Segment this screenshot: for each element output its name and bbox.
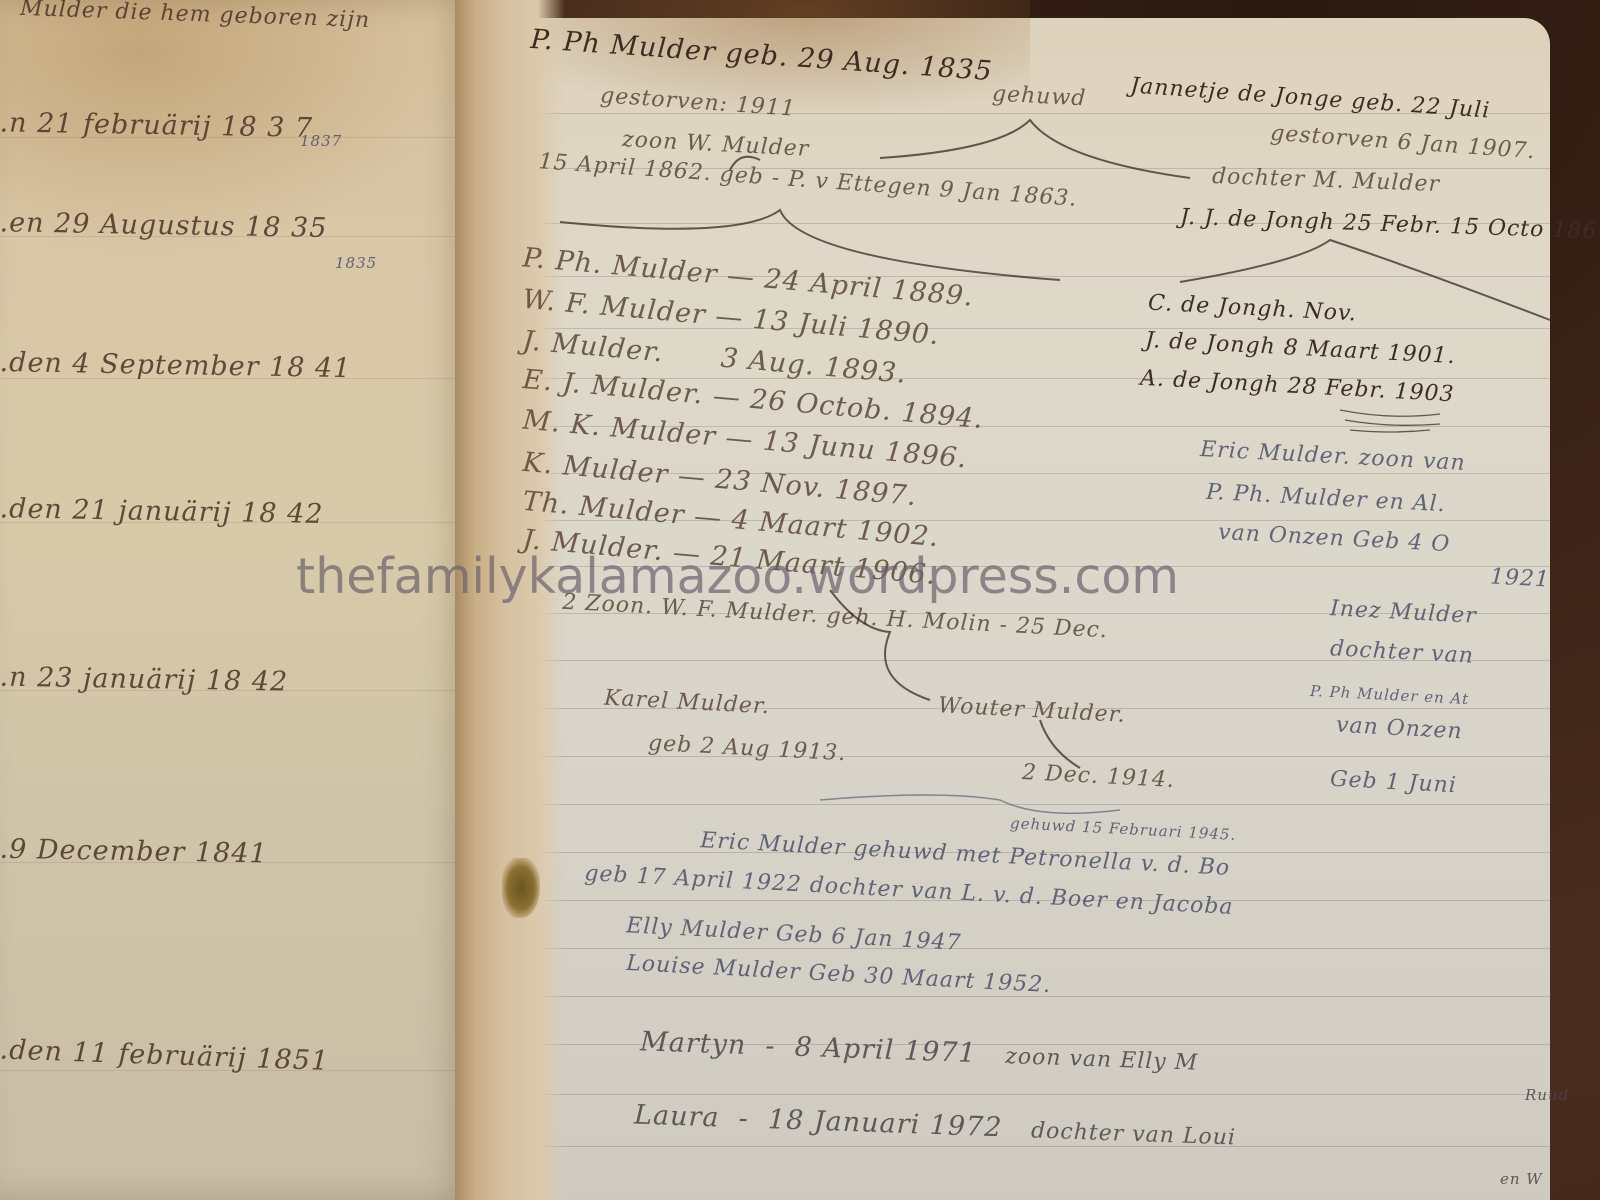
married-label: gehuwd [991, 82, 1087, 112]
left-line: ..n 23 januärij 18 42 [0, 661, 288, 697]
left-line: ..den 4 September 18 41 [0, 347, 352, 384]
notebook-photo: Mulder die hem geboren zijn ..n 21 febru… [0, 0, 1600, 1200]
watermark: thefamilykalamazoo.wordpress.com [296, 548, 1179, 605]
left-header: Mulder die hem geboren zijn [20, 0, 371, 33]
left-line: ..en 29 Augustus 18 35 [0, 207, 328, 244]
left-line: ..den 21 januärij 18 42 [0, 493, 324, 530]
pencil-aside: Ruud [1525, 1086, 1569, 1104]
left-line: ..9 December 1841 [0, 834, 268, 870]
pencil-aside: en W [1500, 1170, 1543, 1188]
left-note: 1837 [300, 132, 342, 150]
stain [502, 858, 540, 918]
left-note: 1835 [335, 254, 377, 272]
blue-note: 1921 [1489, 564, 1550, 592]
left-line: ..n 21 februärij 18 3 7 [0, 107, 313, 144]
